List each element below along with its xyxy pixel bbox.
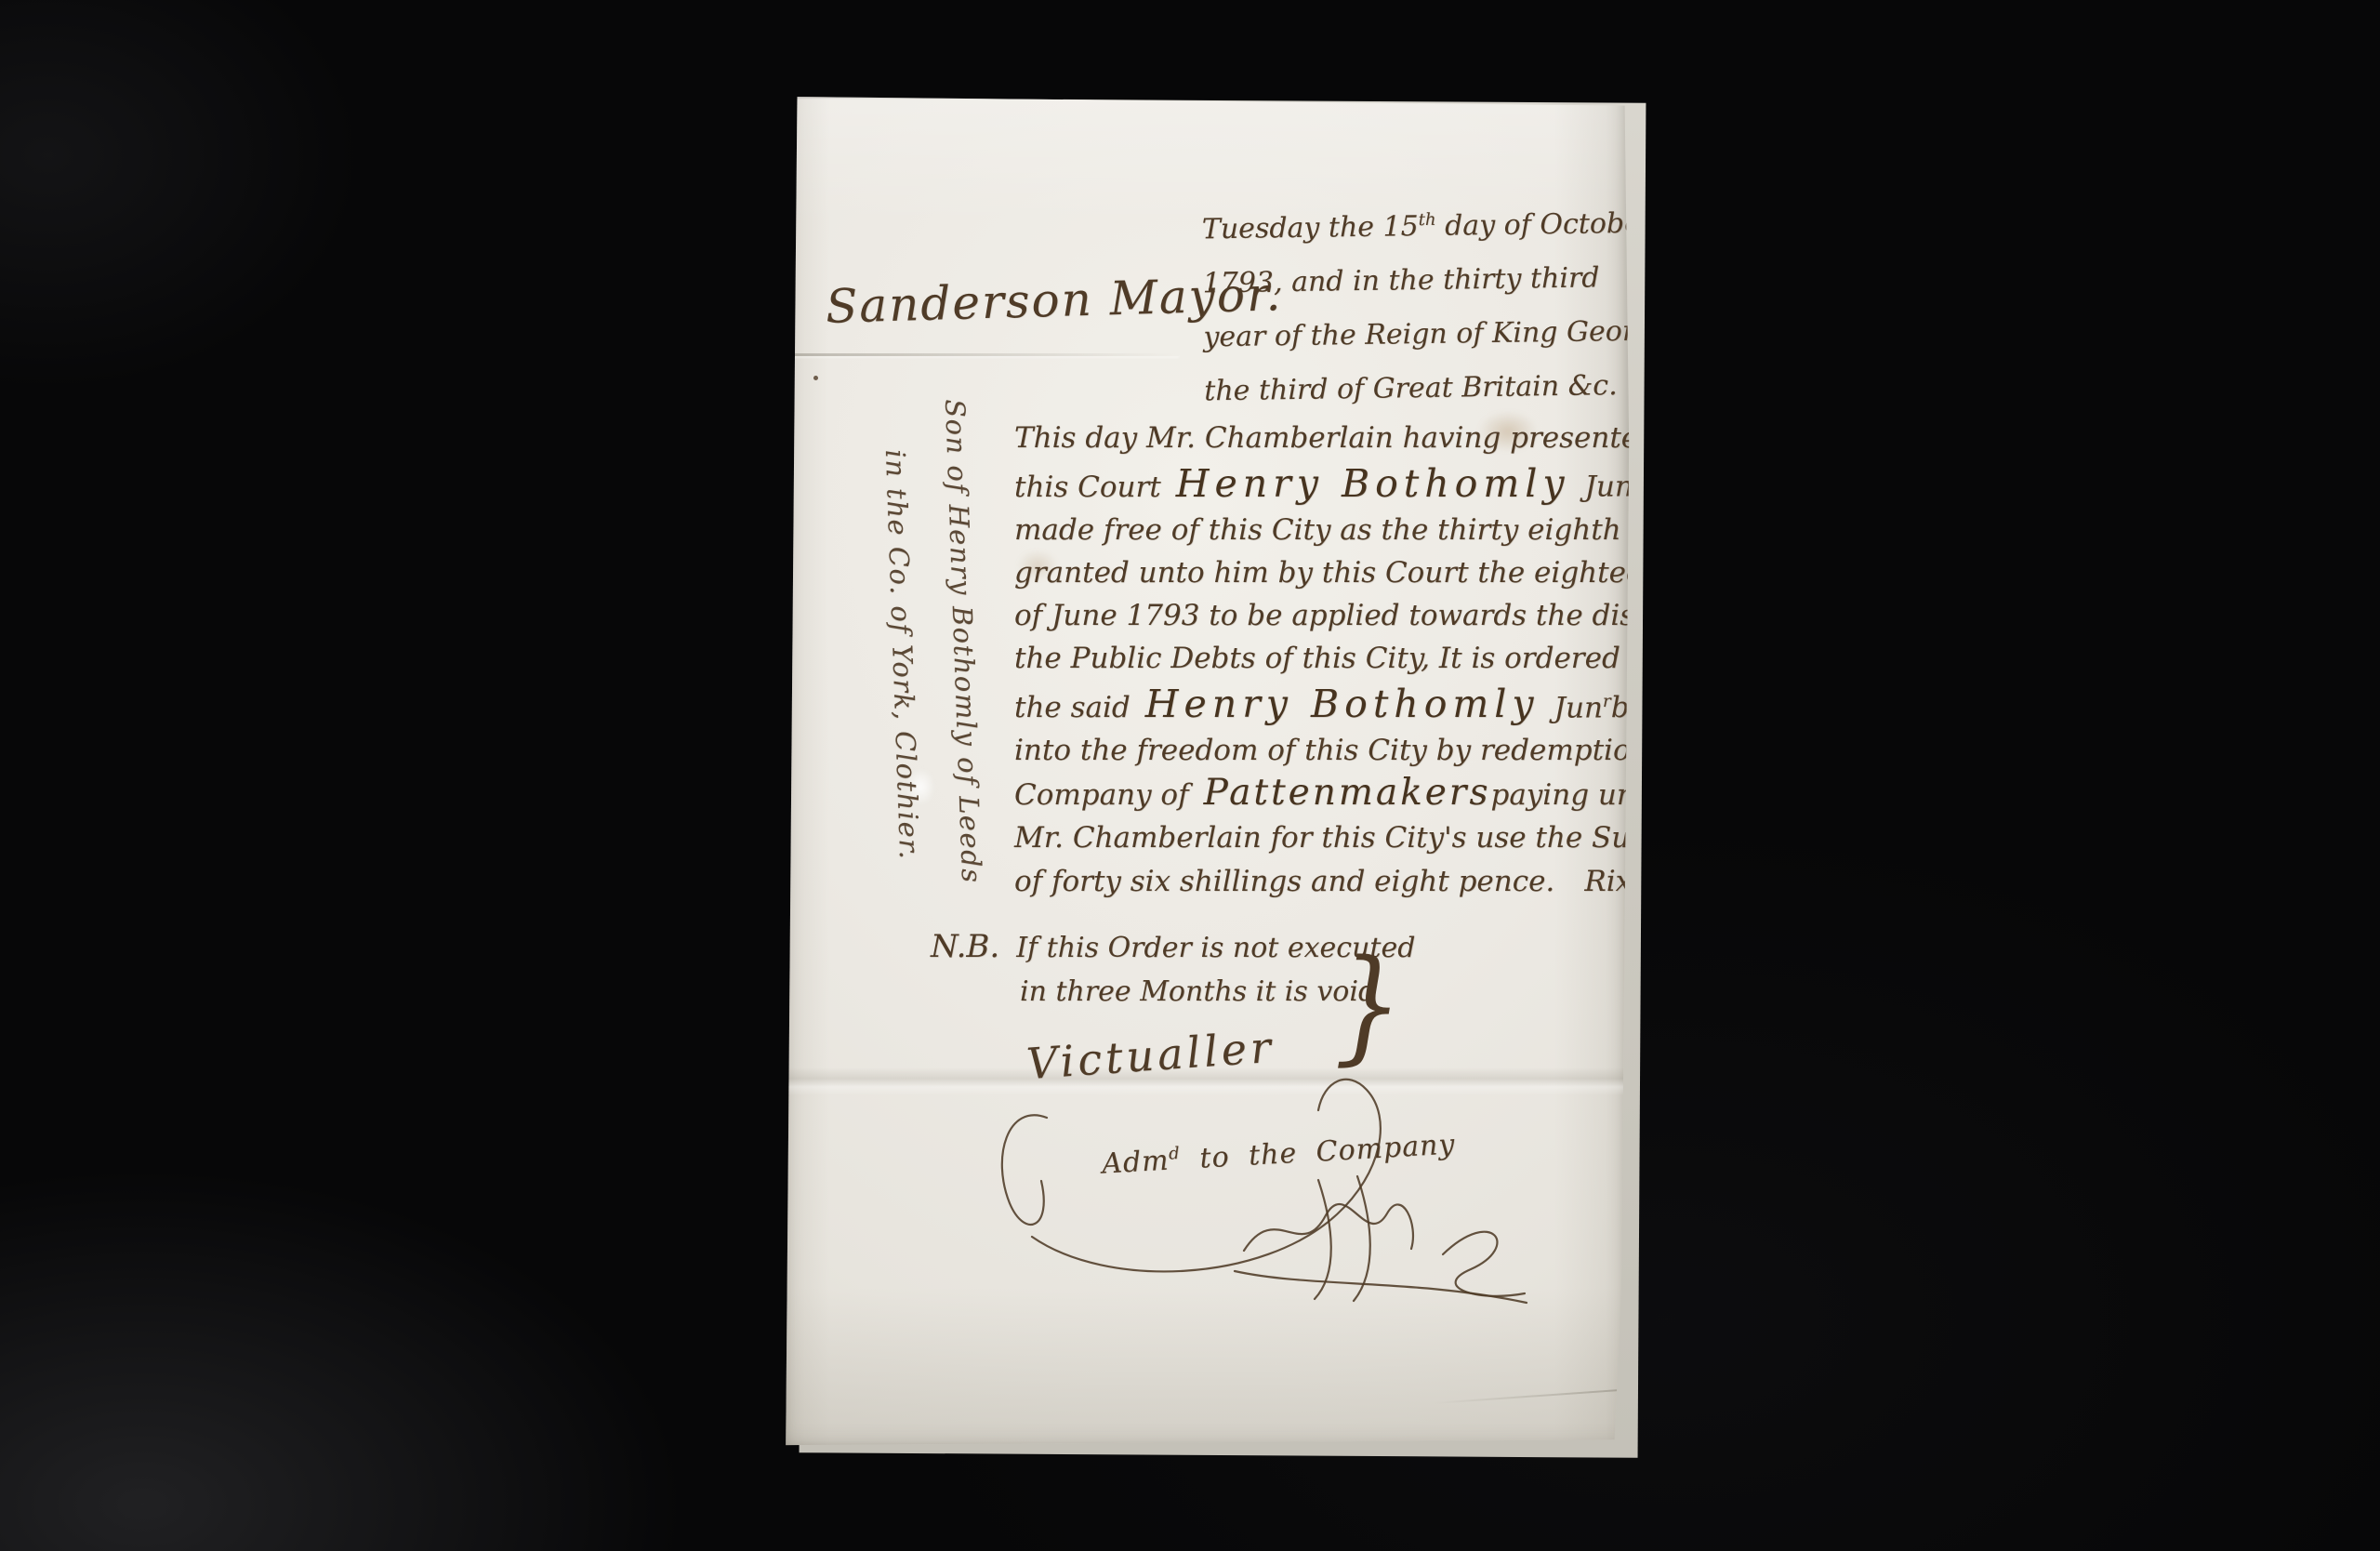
- order-line-8: into the freedom of this City by redempt…: [1014, 729, 1650, 772]
- document-sheet: Sanderson Mayor. Tuesday the 15th day of…: [783, 89, 1631, 1451]
- order-line-2: this Court Henry Bothomly Junr to be: [1014, 459, 1650, 509]
- order-line-4: granted unto him by this Court the eight…: [1014, 551, 1650, 594]
- freeman-name: Henry Bothomly: [1176, 462, 1570, 505]
- junior-abbrev-repeat-text: Jun: [1554, 691, 1603, 724]
- signature-end-loop: [1443, 1232, 1525, 1296]
- order-line-3: made free of this City as the thirty eig…: [1014, 509, 1650, 551]
- ordinal-superscript: th: [1418, 210, 1435, 230]
- junior-abbrev-repeat: Junr: [1554, 681, 1611, 730]
- junior-superscript-repeat: r: [1603, 692, 1611, 711]
- ink-speck: [813, 376, 818, 380]
- fee-text: of forty six shillings and eight pence.: [1014, 860, 1554, 903]
- freeman-name-repeat: Henry Bothomly: [1145, 683, 1540, 725]
- clerk-signature-flourish: [1227, 1158, 1534, 1316]
- order-line-11: of forty six shillings and eight pence. …: [1014, 860, 1650, 903]
- heading-line-3: year of the Reign of King George: [1203, 305, 1650, 365]
- order-line-9: Company of Pattenmakers paying unto: [1014, 772, 1650, 816]
- heading-line-2: 1793, and in the thirty third: [1202, 251, 1649, 312]
- order-line-2-lead: this Court: [1014, 466, 1161, 509]
- date-heading: Tuesday the 15th day of October 1793, an…: [1201, 191, 1650, 419]
- admitted-abbrev: Adm: [1101, 1145, 1170, 1181]
- nb-label: N.B.: [931, 928, 999, 965]
- heading-line-1-text: Tuesday the 15: [1202, 210, 1419, 245]
- order-line-7: the said Henry Bothomly Junr be admitted: [1014, 681, 1650, 730]
- junior-abbrev-text: Jun: [1585, 471, 1633, 504]
- heading-line-1-rest: day of October: [1435, 207, 1654, 243]
- order-line-7-lead: the said: [1014, 686, 1130, 729]
- fold-crease-bottom-right: [1434, 1387, 1646, 1404]
- signature-tail: [1235, 1271, 1527, 1303]
- signature-stroke-2: [1354, 1176, 1370, 1301]
- heading-line-1: Tuesday the 15th day of October: [1201, 191, 1648, 258]
- company-name: Pattenmakers: [1204, 772, 1491, 815]
- photograph-of-document: Sanderson Mayor. Tuesday the 15th day of…: [0, 0, 2380, 1551]
- paper-front-page: Sanderson Mayor. Tuesday the 15th day of…: [783, 89, 1631, 1451]
- order-line-10: Mr. Chamberlain for this City's use the …: [1014, 816, 1650, 859]
- fold-crease-upper: [788, 353, 1179, 356]
- order-line-9-lead: Company of: [1014, 774, 1189, 816]
- order-line-1: This day Mr. Chamberlain having presente…: [1014, 417, 1650, 459]
- heading-line-4: the third of Great Britain &c.: [1204, 359, 1651, 419]
- margin-note-rotated: Son of Henry Bothomly of Leeds in the Co…: [863, 398, 1007, 1015]
- signature-loops: [1244, 1204, 1413, 1251]
- admitted-superscript: d: [1169, 1144, 1182, 1164]
- order-line-6: the Public Debts of this City, It is ord…: [1014, 637, 1650, 680]
- flourish-lead-loop: [1002, 1115, 1047, 1225]
- order-line-5: of June 1793 to be applied towards the d…: [1014, 594, 1650, 637]
- order-text: This day Mr. Chamberlain having presente…: [1014, 417, 1650, 903]
- order-line-2-tail: to be: [1642, 466, 1715, 509]
